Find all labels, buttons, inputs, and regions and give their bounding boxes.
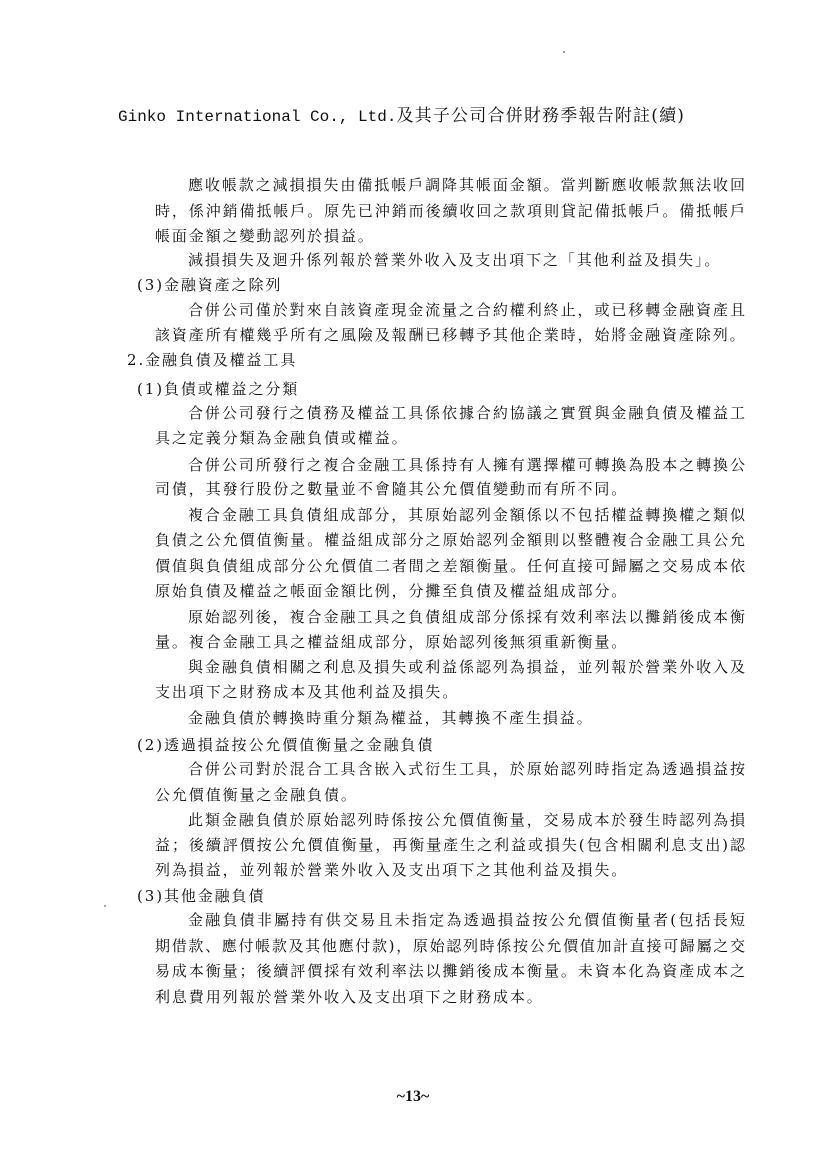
text-line: 利息費用列報於營業外收入及支出項下之財務成本。 [155, 987, 544, 1007]
text-line: 金融負債非屬持有供交易且未指定為透過損益按公允價值衡量者(包括長短 [188, 910, 745, 930]
section-heading: (1)負債或權益之分類 [137, 379, 299, 399]
text-line: 此類金融負債於原始認列時係按公允價值衡量，交易成本於發生時認列為損 [188, 810, 745, 830]
text-line: 金融負債於轉換時重分類為權益，其轉換不產生損益。 [188, 708, 594, 728]
text-line: 具之定義分類為金融負債或權益。 [155, 428, 409, 448]
text-line: 與金融負債相關之利息及損失或利益係認列為損益，並列報於營業外收入及 [188, 657, 745, 677]
text-line: 價值與負債組成部分公允價值二者間之差額衡量。任何直接可歸屬之交易成本依 [155, 556, 745, 576]
section-heading: (3)其他金融負債 [137, 886, 265, 906]
text-line: 原始負債及權益之帳面金額比例，分攤至負債及權益組成部分。 [155, 581, 628, 601]
text-line: 司債，其發行股份之數量並不會隨其公允價值變動而有所不同。 [155, 479, 628, 499]
text-line: 易成本衡量；後續評價採有效利率法以攤銷後成本衡量。未資本化為資產成本之 [155, 961, 745, 981]
text-line: 該資產所有權幾乎所有之風險及報酬已移轉予其他企業時，始將金融資產除列。 [155, 325, 747, 345]
company-name: Ginko International Co., Ltd. [118, 108, 396, 126]
page-number: ~13~ [377, 1088, 449, 1106]
text-line: 量。複合金融工具之權益組成部分，原始認列後無須重新衡量。 [155, 632, 628, 652]
text-line: 合併公司所發行之複合金融工具係持有人擁有選擇權可轉換為股本之轉換公 [188, 455, 745, 475]
text-line: 時，係沖銷備抵帳戶。原先已沖銷而後續收回之款項則貸記備抵帳戶。備抵帳戶 [155, 201, 745, 221]
scan-speck [563, 51, 565, 53]
text-line: 減損損失及迴升係列報於營業外收入及支出項下之「其他利益及損失」。 [188, 250, 721, 270]
text-line: 公允價值衡量之金融負債。 [155, 785, 358, 805]
scan-speck [104, 905, 106, 907]
text-line: 合併公司對於混合工具含嵌入式衍生工具，於原始認列時指定為透過損益按 [188, 759, 745, 779]
text-line: 複合金融工具負債組成部分，其原始認列金額係以不包括權益轉換權之類似 [188, 505, 745, 525]
text-line: 應收帳款之減損損失由備抵帳戶調降其帳面金額。當判斷應收帳款無法收回 [188, 175, 745, 195]
page-title: Ginko International Co., Ltd.及其子公司合併財務季報… [118, 101, 685, 125]
report-title: 及其子公司合併財務季報告附註(續) [396, 106, 685, 126]
text-line: 原始認列後，複合金融工具之負債組成部分係採有效利率法以攤銷後成本衡 [188, 607, 745, 627]
text-line: 列為損益，並列報於營業外收入及支出項下之其他利益及損失。 [155, 860, 628, 880]
section-heading: (2)透過損益按公允價值衡量之金融負債 [137, 735, 434, 755]
section-heading: 2.金融負債及權益工具 [127, 350, 297, 370]
text-line: 支出項下之財務成本及其他利益及損失。 [155, 682, 459, 702]
text-line: 期借款、應付帳款及其他應付款)，原始認列時係按公允價值加計直接可歸屬之交 [155, 936, 745, 956]
text-line: 帳面金額之變動認列於損益。 [155, 226, 375, 246]
text-line: 益；後續評價按公允價值衡量，再衡量產生之利益或損失(包含相關利息支出)認 [155, 835, 745, 855]
section-heading: (3)金融資產之除列 [137, 275, 282, 295]
text-line: 負債之公允價值衡量。權益組成部分之原始認列金額則以整體複合金融工具公允 [155, 530, 745, 550]
text-line: 合併公司發行之債務及權益工具係依據合約協議之實質與金融負債及權益工 [188, 403, 745, 423]
text-line: 合併公司僅於對來自該資產現金流量之合約權利終止，或已移轉金融資產且 [188, 300, 745, 320]
